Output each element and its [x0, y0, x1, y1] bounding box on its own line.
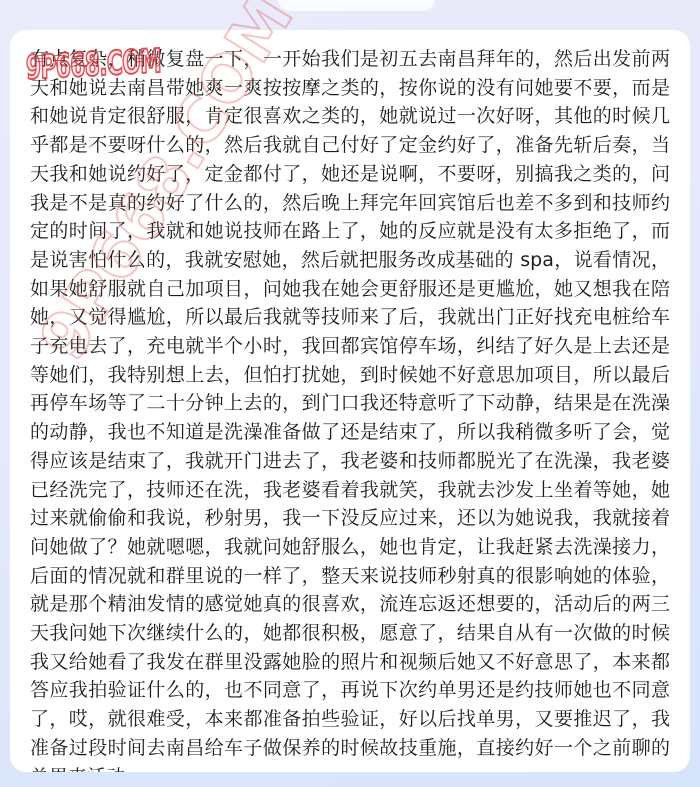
message-text: 有点复杂，稍微复盘一下，一开始我们是初五去南昌拜年的，然后出发前两天和她说去南昌…: [30, 45, 670, 772]
chat-conversation-area: 2023/02/14 00:47 有点复杂，稍微复盘一下，一开始我们是初五去南昌…: [0, 0, 700, 787]
message-timestamp: 2023/02/14 00:47: [278, 0, 435, 11]
message-bubble[interactable]: 有点复杂，稍微复盘一下，一开始我们是初五去南昌拜年的，然后出发前两天和她说去南昌…: [10, 30, 690, 772]
